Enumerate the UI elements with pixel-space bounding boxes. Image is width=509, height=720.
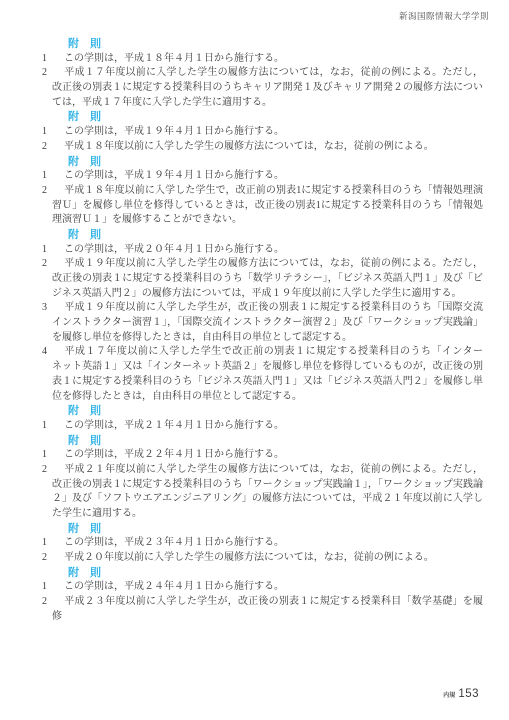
provision-item-text: 平成１７年度以前に入学した学生で改正前の別表１に規定する授業科目のうち「インター… [52, 346, 483, 401]
provision-item: 1この学則は，平成１９年４月１日から施行する。 [0, 125, 483, 140]
page-header-title: 新潟国際情報大学学則 [399, 10, 489, 22]
provision-item-text: 平成２１年度以前に入学した学生の履修方法については，なお，従前の例による。ただし… [52, 464, 483, 519]
provision-item-text: 平成１７年度以前に入学した学生の履修方法については，なお，従前の例による。ただし… [52, 67, 483, 107]
provision-item: 1この学則は，平成２０年４月１日から施行する。 [0, 243, 483, 258]
provision-item-text: この学則は，平成２２年４月１日から施行する。 [64, 449, 284, 460]
provision-item-number: 2 [42, 595, 64, 610]
supplementary-provision-heading: 附 則 [0, 155, 483, 170]
provision-item-number: 2 [42, 184, 64, 199]
provision-item-number: 2 [42, 257, 64, 272]
provision-item-number: 1 [42, 125, 64, 140]
supplementary-provision-heading: 附 則 [0, 522, 483, 537]
supplementary-provision-heading: 附 則 [0, 110, 483, 125]
provision-item-text: この学則は，平成２３年４月１日から施行する。 [64, 537, 284, 548]
provision-item-number: 2 [42, 463, 64, 478]
provision-item-number: 1 [42, 243, 64, 258]
provision-item-number: 1 [42, 580, 64, 595]
provision-item-number: 2 [42, 551, 64, 566]
provision-item-text: 平成２３年度以前に入学した学生が，改正後の別表１に規定する授業科目「数学基礎」を… [52, 596, 483, 622]
provision-item-number: 1 [42, 419, 64, 434]
provision-item-text: 平成１９年度以前に入学した学生が，改正後の別表１に規定する授業科目のうち「国際交… [52, 302, 483, 342]
provision-item-text: この学則は，平成２１年４月１日から施行する。 [64, 420, 284, 431]
provision-item: 1この学則は，平成２１年４月１日から施行する。 [0, 419, 483, 434]
provision-item-text: 平成１９年度以前に入学した学生の履修方法については，なお，従前の例による。ただし… [52, 258, 483, 298]
provision-item-text: この学則は，平成２４年４月１日から施行する。 [64, 581, 284, 592]
provision-item: 1この学則は，平成２４年４月１日から施行する。 [0, 580, 483, 595]
provision-item-number: 1 [42, 52, 64, 67]
provisions-content: 附 則1この学則は，平成１８年４月１日から施行する。2平成１７年度以前に入学した… [0, 37, 483, 625]
provision-item: 2平成１７年度以前に入学した学生の履修方法については，なお，従前の例による。ただ… [0, 66, 483, 110]
provision-item: 1この学則は，平成１９年４月１日から施行する。 [0, 169, 483, 184]
page-footer: 内規 153 [443, 688, 479, 700]
provision-item: 1この学則は，平成２３年４月１日から施行する。 [0, 536, 483, 551]
provision-item-text: 平成２０年度以前に入学した学生の履修方法については，なお，従前の例による。 [64, 552, 434, 563]
provision-item-text: この学則は，平成１９年４月１日から施行する。 [64, 170, 284, 181]
provision-item: 2平成１８年度以前に入学した学生で，改正前の別表1に規定する授業科目のうち「情報… [0, 184, 483, 228]
provision-item-text: この学則は，平成１９年４月１日から施行する。 [64, 126, 284, 137]
provision-item: 3平成１９年度以前に入学した学生が，改正後の別表１に規定する授業科目のうち「国際… [0, 301, 483, 345]
provision-item: 1この学則は，平成２２年４月１日から施行する。 [0, 448, 483, 463]
provision-item-text: 平成１８年度以前に入学した学生の履修方法については，なお，従前の例による。 [64, 141, 434, 152]
supplementary-provision-heading: 附 則 [0, 37, 483, 52]
supplementary-provision-heading: 附 則 [0, 404, 483, 419]
provision-item-number: 3 [42, 301, 64, 316]
supplementary-provision-heading: 附 則 [0, 228, 483, 243]
footer-section-label: 内規 [443, 690, 455, 699]
supplementary-provision-heading: 附 則 [0, 434, 483, 449]
provision-item: 2平成１８年度以前に入学した学生の履修方法については，なお，従前の例による。 [0, 140, 483, 155]
provision-item: 2平成２０年度以前に入学した学生の履修方法については，なお，従前の例による。 [0, 551, 483, 566]
provision-item: 1この学則は，平成１８年４月１日から施行する。 [0, 52, 483, 67]
provision-item-text: 平成１８年度以前に入学した学生で，改正前の別表1に規定する授業科目のうち「情報処… [52, 185, 483, 225]
provision-item-number: 4 [42, 345, 64, 360]
provision-item-number: 2 [42, 66, 64, 81]
footer-page-number: 153 [458, 688, 479, 700]
provision-item-number: 1 [42, 448, 64, 463]
provision-item: 4平成１７年度以前に入学した学生で改正前の別表１に規定する授業科目のうち「インタ… [0, 345, 483, 404]
provision-item-text: この学則は，平成２０年４月１日から施行する。 [64, 244, 284, 255]
provision-item-number: 1 [42, 536, 64, 551]
provision-item-number: 2 [42, 140, 64, 155]
provision-item: 2平成１９年度以前に入学した学生の履修方法については，なお，従前の例による。ただ… [0, 257, 483, 301]
document-page: 新潟国際情報大学学則 附 則1この学則は，平成１８年４月１日から施行する。2平成… [0, 0, 509, 720]
provision-item-number: 1 [42, 169, 64, 184]
provision-item: 2平成２１年度以前に入学した学生の履修方法については，なお，従前の例による。ただ… [0, 463, 483, 522]
supplementary-provision-heading: 附 則 [0, 566, 483, 581]
provision-item: 2平成２３年度以前に入学した学生が，改正後の別表１に規定する授業科目「数学基礎」… [0, 595, 483, 624]
provision-item-text: この学則は，平成１８年４月１日から施行する。 [64, 53, 284, 64]
